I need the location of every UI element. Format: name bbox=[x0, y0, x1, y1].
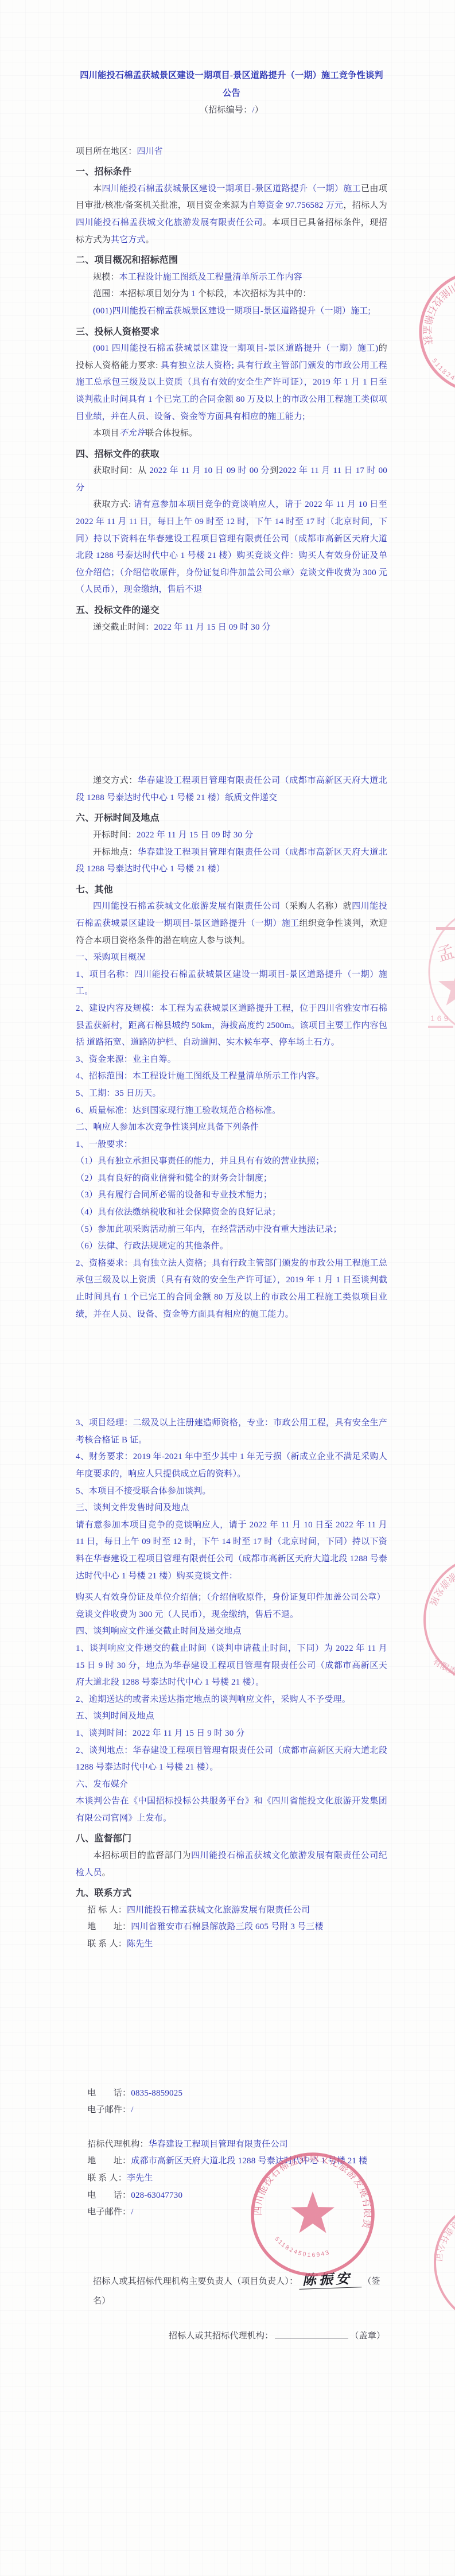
text-segment: 招标人或其招标代理机构： bbox=[169, 2331, 273, 2341]
contact-line: 地 址：成都市高新区天府大道北段 1288 号泰达时代中心 1 号楼 21 楼 bbox=[76, 2153, 387, 2170]
text-segment: 2、资格要求：具有独立法人资格；具有行政主管部门颁发的市政公用工程施工总承包三级… bbox=[76, 1259, 387, 1319]
text-segment: 2、逾期送达的或者未送达指定地点的谈判响应文件，采购人不予受理。 bbox=[76, 1695, 351, 1704]
text-segment: 华春建设工程项目管理有限责任公司 bbox=[149, 2140, 288, 2149]
section-heading: 三、投标人资格要求 bbox=[76, 324, 387, 341]
doc-paragraph: 获取方式: 请有意参加本项目竞争的竞谈响应人，请于 2022 年 11 月 10… bbox=[76, 496, 387, 599]
signature-blank-line bbox=[275, 2329, 348, 2338]
doc-paragraph: 竞谈文件收费为 300 元（人民币），现金缴纳，售后不退。 bbox=[76, 1607, 387, 1624]
text-segment: 招标代理机构： bbox=[87, 2140, 148, 2149]
text-segment: 获取方式: bbox=[93, 500, 134, 509]
doc-paragraph: 递交截止时间：2022 年 11 月 15 日 09 时 30 分 bbox=[76, 619, 387, 637]
section-heading: 六、开标时间及地点 bbox=[76, 810, 387, 827]
doc-paragraph: 1、谈判响应文件递交的截止时间（谈判申请截止时间，下同）为 2022 年 11 … bbox=[76, 1640, 387, 1692]
contact-line: 联 系 人：李先生 bbox=[76, 2170, 387, 2187]
doc-paragraph: 2、逾期送达的或者未送达指定地点的谈判响应文件，采购人不予受理。 bbox=[76, 1692, 387, 1709]
text-segment: 开标地点： bbox=[93, 848, 138, 857]
text-segment: 招标人或其招标代理机构主要负责人（项目负责人）： bbox=[93, 2277, 298, 2286]
text-segment: 三、投标人资格要求 bbox=[76, 327, 160, 337]
text-segment: 四川能投石棉孟获城文化旅游发展有限责任公司 bbox=[127, 1906, 310, 1915]
doc-paragraph: 本四川能投石棉孟获城景区建设一期项目-景区道路提升（一期）施工已由项目审批/核准… bbox=[76, 181, 387, 249]
section-heading: 一、招标条件 bbox=[76, 164, 387, 181]
doc-paragraph: （4）具有依法缴纳税收和社会保障资金的良好记录； bbox=[76, 1204, 387, 1221]
doc-paragraph: 三、谈判文件发售时间及地点 bbox=[76, 1500, 387, 1517]
text-segment: 4、财务要求：2019 年-2021 年中至少其中 1 年无亏损（新成立企业不满… bbox=[76, 1452, 387, 1479]
text-segment: 联 系 人： bbox=[87, 2174, 127, 2183]
text-segment: 项目所在地区： bbox=[76, 147, 137, 156]
text-segment: 电 话： bbox=[87, 2089, 131, 2098]
section-heading: 四、招标文件的获取 bbox=[76, 446, 387, 463]
doc-paragraph: 本谈判公告在《中国招标投标公共服务平台》和《四川省能投文化旅游开发集团有限公司官… bbox=[76, 1793, 387, 1827]
contact-line: 联 系 人：陈先生 bbox=[76, 1936, 387, 1953]
text-segment: 2022 年 11 月 15 日 09 时 30 分 bbox=[154, 623, 270, 632]
doc-paragraph: 开标地点：华春建设工程项目管理有限责任公司（成都市高新区天府大道北段 1288 … bbox=[76, 844, 387, 878]
text-segment: 三、谈判文件发售时间及地点 bbox=[76, 1503, 189, 1512]
section-heading: 八、监督部门 bbox=[76, 1830, 387, 1848]
text-segment: 本工程设计施工图纸及工程量清单所示工作内容 bbox=[119, 273, 302, 282]
text-segment: ，招标人为 bbox=[343, 201, 387, 210]
text-segment: 本招标项目的监督部门为 bbox=[93, 1851, 191, 1860]
text-segment: 。 bbox=[146, 235, 154, 245]
text-segment: 地 址： bbox=[87, 2156, 131, 2166]
text-segment: (001 四川能投石棉孟获城景区建设一期项目-景区道路提升（一期）施工) bbox=[93, 344, 378, 353]
text-segment: 6、质量标准：达到国家现行施工验收规范合格标准。 bbox=[76, 1106, 281, 1115]
text-segment: 3、项目经理：二级及以上注册建造师资格，专业：市政公用工程，具有安全生产考核合格… bbox=[76, 1418, 387, 1445]
doc-paragraph: 开标时间：2022 年 11 月 15 日 09 时 30 分 bbox=[76, 827, 387, 844]
text-segment: 028-63047730 bbox=[131, 2191, 182, 2200]
section-heading: 五、投标文件的递交 bbox=[76, 602, 387, 619]
text-segment: 规模： bbox=[93, 273, 119, 282]
text-segment: 2022 年 11 月 15 日 09 时 30 分 bbox=[137, 831, 253, 840]
doc-paragraph: （2）具有良好的商业信誉和健全的财务会计制度； bbox=[76, 1170, 387, 1188]
doc-paragraph: (001 四川能投石棉孟获城景区建设一期项目-景区道路提升（一期）施工)的投标人… bbox=[76, 340, 387, 425]
doc-paragraph: 3、项目经理：二级及以上注册建造师资格，专业：市政公用工程，具有安全生产考核合格… bbox=[76, 1415, 387, 1449]
doc-paragraph: 本项目不允许联合体投标。 bbox=[76, 425, 387, 443]
text-segment: 地 址： bbox=[87, 1922, 131, 1931]
tender-number: （招标编号：/） bbox=[76, 102, 387, 119]
text-segment: 公告 bbox=[223, 88, 240, 98]
section-heading: 七、其他 bbox=[76, 882, 387, 899]
text-segment: 1、项目名称：四川能投石棉孟获城景区建设一期项目-景区道路提升（一期）施工。 bbox=[76, 970, 387, 996]
text-segment: 一、招标条件 bbox=[76, 167, 131, 177]
text-segment: 2、建设内容及规模：本工程为孟获城景区道路提升工程，位于四川省雅安市石棉县孟获新… bbox=[76, 1004, 387, 1047]
text-segment: 成都市高新区天府大道北段 1288 号泰达时代中心 1 号楼 21 楼 bbox=[131, 2156, 367, 2166]
text-segment: / bbox=[131, 2105, 133, 2115]
text-segment: 一、采购项目概况 bbox=[76, 953, 146, 962]
text-segment: （4）具有依法缴纳税收和社会保障资金的良好记录； bbox=[76, 1208, 281, 1217]
text-segment: 六、发布媒介 bbox=[76, 1780, 128, 1789]
text-segment: 请有意参加本项目竞争的竞谈响应人，请于 2022 年 11 月 10 日至 20… bbox=[76, 1520, 387, 1581]
doc-paragraph: 5、工期：35 日历天。 bbox=[76, 1085, 387, 1103]
signature-handwriting: 陈振安 bbox=[299, 2271, 362, 2290]
contact-line: 电子邮件：/ bbox=[76, 2204, 387, 2221]
text-segment: 六、开标时间及地点 bbox=[76, 813, 160, 823]
text-segment: 5、工期：35 日历天。 bbox=[76, 1089, 161, 1098]
contact-line: 招 标 人：四川能投石棉孟获城文化旅游发展有限责任公司 bbox=[76, 1902, 387, 1919]
text-segment: 四川能投石棉孟获城文化旅游发展有限责任公司 bbox=[76, 218, 263, 227]
text-segment: 1、一般要求： bbox=[76, 1140, 133, 1149]
document-body: 四川能投石棉孟获城景区建设一期项目-景区道路提升（一期）施工竞争性谈判公告（招标… bbox=[0, 0, 455, 2345]
text-segment: 个标段，本次招标为其中的： bbox=[196, 289, 312, 298]
text-segment: 本 bbox=[93, 184, 102, 193]
text-segment: 四、谈判响应文件递交截止时间及递交地点 bbox=[76, 1627, 242, 1636]
doc-paragraph: （1）具有独立承担民事责任的能力，并且具有有效的营业执照； bbox=[76, 1153, 387, 1170]
text-segment: （招标编号： bbox=[200, 106, 252, 115]
doc-paragraph: （5）参加此项采购活动前三年内，在经营活动中没有重大违法记录； bbox=[76, 1221, 387, 1239]
text-segment: （5）参加此项采购活动前三年内，在经营活动中没有重大违法记录； bbox=[76, 1225, 342, 1234]
text-segment: 到 bbox=[270, 466, 279, 475]
text-segment: 五、投标文件的递交 bbox=[76, 606, 160, 615]
text-segment: 4、招标范围：本工程设计施工图纸及工程量清单所示工作内容。 bbox=[76, 1072, 324, 1081]
text-segment: （采购人名称）就 bbox=[281, 902, 352, 911]
text-segment: 其它方式 bbox=[111, 235, 146, 245]
text-segment: 四川能投石棉孟获城文化旅游发展有限责任公司 bbox=[93, 902, 281, 911]
doc-paragraph: （6）法律、行政法规规定的其他条件。 bbox=[76, 1238, 387, 1255]
doc-paragraph: 四、谈判响应文件递交截止时间及递交地点 bbox=[76, 1623, 387, 1640]
section-heading: 九、联系方式 bbox=[76, 1885, 387, 1902]
doc-paragraph: 规模：本工程设计施工图纸及工程量清单所示工作内容 bbox=[76, 269, 387, 286]
doc-paragraph: 2、建设内容及规模：本工程为孟获城景区道路提升工程，位于四川省雅安市石棉县孟获新… bbox=[76, 1000, 387, 1052]
text-segment: 电子邮件： bbox=[87, 2208, 131, 2217]
doc-paragraph: 四川能投石棉孟获城文化旅游发展有限责任公司（采购人名称）就四川能投石棉孟获城景区… bbox=[76, 898, 387, 949]
doc-paragraph: 1、项目名称：四川能投石棉孟获城景区建设一期项目-景区道路提升（一期）施工。 bbox=[76, 967, 387, 1000]
text-segment: 四川省雅安市石棉县解放路三段 605 号附 3 号三楼 bbox=[131, 1922, 323, 1931]
text-segment: 请有意参加本项目竞争的竞谈响应人，请于 2022 年 11 月 10 日至 20… bbox=[76, 500, 387, 594]
doc-paragraph: 5、本项目不接受联合体参加谈判。 bbox=[76, 1483, 387, 1500]
doc-paragraph: (001)四川能投石棉孟获城景区建设一期项目-景区道路提升（一期）施工; bbox=[76, 303, 387, 320]
text-segment: 本项目 bbox=[93, 429, 119, 438]
text-segment: 。 bbox=[102, 1868, 111, 1877]
doc-paragraph: 本招标项目的监督部门为四川能投石棉孟获城文化旅游发展有限责任公司纪检人员。 bbox=[76, 1848, 387, 1881]
doc-paragraph: 一、采购项目概况 bbox=[76, 949, 387, 967]
text-segment: 四川能投石棉孟获城景区建设一期项目-景区道路提升（一期）施工竞争性谈判 bbox=[80, 71, 383, 80]
text-segment: 联合体投标。 bbox=[145, 429, 197, 438]
doc-paragraph: 二、响应人参加本次竞争性谈判应具备下列条件 bbox=[76, 1119, 387, 1136]
text-segment: 五、谈判时间及地点 bbox=[76, 1712, 154, 1721]
text-segment: 九、联系方式 bbox=[76, 1888, 131, 1898]
text-segment: （1）具有独立承担民事责任的能力，并且具有有效的营业执照； bbox=[76, 1157, 324, 1166]
doc-paragraph: 3、资金来源：业主自筹。 bbox=[76, 1052, 387, 1069]
text-segment: 自筹资金 97.756582 万元 bbox=[248, 201, 344, 210]
doc-paragraph: （3）具有履行合同所必需的设备和专业技术能力； bbox=[76, 1187, 387, 1204]
document-title: 四川能投石棉孟获城景区建设一期项目-景区道路提升（一期）施工竞争性谈判 bbox=[76, 67, 387, 84]
doc-paragraph: 4、财务要求：2019 年-2021 年中至少其中 1 年无亏损（新成立企业不满… bbox=[76, 1449, 387, 1483]
text-segment: 获取时间：从 bbox=[93, 466, 149, 475]
document-title: 公告 bbox=[76, 84, 387, 102]
text-segment: 二、响应人参加本次竞争性谈判应具备下列条件 bbox=[76, 1123, 259, 1132]
text-segment: (001)四川能投石棉孟获城景区建设一期项目-景区道路提升（一期）施工; bbox=[93, 307, 371, 316]
text-segment: 开标时间： bbox=[93, 831, 137, 840]
doc-paragraph: 6、质量标准：达到国家现行施工验收规范合格标准。 bbox=[76, 1103, 387, 1120]
text-segment: 四、招标文件的获取 bbox=[76, 449, 160, 459]
text-segment: 二、项目概况和招标范围 bbox=[76, 255, 178, 265]
text-segment: 购买人有效身份证及单位介绍信；（介绍信收原件，身份证复印件加盖公司公章） bbox=[76, 1593, 386, 1602]
text-segment: 八、监督部门 bbox=[76, 1834, 131, 1844]
text-segment: 1 bbox=[191, 289, 196, 298]
text-segment: 招 标 人： bbox=[87, 1906, 127, 1915]
doc-paragraph: 1、谈判时间：2022 年 11 月 15 日 9 时 30 分 bbox=[76, 1725, 387, 1743]
text-segment: 0835-8859025 bbox=[131, 2089, 182, 2098]
text-segment: 递交截止时间： bbox=[93, 623, 154, 632]
contact-line: 地 址：四川省雅安市石棉县解放路三段 605 号附 3 号三楼 bbox=[76, 1919, 387, 1936]
text-segment: 5、本项目不接受联合体参加谈判。 bbox=[76, 1487, 211, 1496]
section-heading: 二、项目概况和招标范围 bbox=[76, 252, 387, 269]
text-segment: （3）具有履行合同所必需的设备和专业技术能力； bbox=[76, 1190, 272, 1200]
contact-line: 电子邮件：/ bbox=[76, 2102, 387, 2119]
text-segment: 四川省 bbox=[137, 147, 163, 156]
text-segment: 电子邮件： bbox=[87, 2105, 131, 2115]
contact-line: 电 话：028-63047730 bbox=[76, 2187, 387, 2205]
doc-paragraph: 4、招标范围：本工程设计施工图纸及工程量清单所示工作内容。 bbox=[76, 1068, 387, 1085]
text-segment: （6）法律、行政法规规定的其他条件。 bbox=[76, 1242, 228, 1251]
text-segment: 四川能投石棉孟获城景区建设一期项目-景区道路提升（一期）施工 bbox=[102, 184, 361, 193]
text-segment: 1、谈判时间：2022 年 11 月 15 日 9 时 30 分 bbox=[76, 1729, 245, 1738]
text-segment: 电 话： bbox=[87, 2191, 131, 2200]
doc-paragraph: 项目所在地区：四川省 bbox=[76, 143, 387, 161]
text-segment: 范围：本招标项目划分为 bbox=[93, 289, 191, 298]
doc-paragraph: 购买人有效身份证及单位介绍信；（介绍信收原件，身份证复印件加盖公司公章） bbox=[76, 1589, 387, 1607]
doc-paragraph: 递交方式：华春建设工程项目管理有限责任公司（成都市高新区天府大道北段 1288 … bbox=[76, 773, 387, 806]
doc-paragraph: 六、发布媒介 bbox=[76, 1776, 387, 1794]
text-segment: 陈先生 bbox=[127, 1939, 153, 1949]
doc-paragraph: 范围：本招标项目划分为 1 个标段，本次招标为其中的： bbox=[76, 286, 387, 303]
doc-paragraph: 2、资格要求：具有独立法人资格；具有行政主管部门颁发的市政公用工程施工总承包三级… bbox=[76, 1255, 387, 1323]
text-segment: 七、其他 bbox=[76, 885, 113, 895]
signature-line: 招标人或其招标代理机构主要负责人（项目负责人）：陈振安（签名） bbox=[76, 2272, 387, 2311]
seal-line: 招标人或其招标代理机构：（盖章） bbox=[76, 2328, 387, 2345]
text-segment: 李先生 bbox=[127, 2174, 153, 2183]
text-segment: 递交方式： bbox=[93, 776, 138, 785]
text-segment: （盖章） bbox=[350, 2331, 385, 2341]
text-segment: 2022 年 11 月 10 日 09 时 00 分 bbox=[149, 466, 270, 475]
text-segment: ） bbox=[255, 106, 263, 115]
doc-paragraph: 请有意参加本项目竞争的竞谈响应人，请于 2022 年 11 月 10 日至 20… bbox=[76, 1517, 387, 1585]
text-segment: 2、谈判地点：华春建设工程项目管理有限责任公司（成都市高新区天府大道北段 128… bbox=[76, 1746, 387, 1772]
text-segment: 竞谈文件收费为 300 元（人民币），现金缴纳，售后不退。 bbox=[76, 1610, 298, 1619]
doc-paragraph: 2、谈判地点：华春建设工程项目管理有限责任公司（成都市高新区天府大道北段 128… bbox=[76, 1743, 387, 1776]
contact-line: 电 话：0835-8859025 bbox=[76, 2085, 387, 2102]
text-segment: 1、谈判响应文件递交的截止时间（谈判申请截止时间，下同）为 2022 年 11 … bbox=[76, 1644, 387, 1687]
doc-paragraph: 1、一般要求： bbox=[76, 1136, 387, 1154]
scanned-tender-announcement-page: 四川能投石棉孟获城景区建设一期项目-景区道路提升（一期）施工竞争性谈判公告（招标… bbox=[0, 0, 455, 2576]
doc-paragraph: 五、谈判时间及地点 bbox=[76, 1708, 387, 1725]
text-segment: 3、资金来源：业主自筹。 bbox=[76, 1055, 176, 1064]
text-segment: 本谈判公告在《中国招标投标公共服务平台》和《四川省能投文化旅游开发集团有限公司官… bbox=[76, 1797, 387, 1823]
text-segment: 不允许 bbox=[119, 429, 146, 438]
text-segment: / bbox=[131, 2208, 133, 2217]
doc-paragraph: 获取时间：从 2022 年 11 月 10 日 09 时 00 分到2022 年… bbox=[76, 463, 387, 496]
contact-line: 招标代理机构：华春建设工程项目管理有限责任公司 bbox=[76, 2136, 387, 2154]
text-segment: 联 系 人： bbox=[87, 1939, 127, 1949]
text-segment: （2）具有良好的商业信誉和健全的财务会计制度； bbox=[76, 1174, 272, 1183]
